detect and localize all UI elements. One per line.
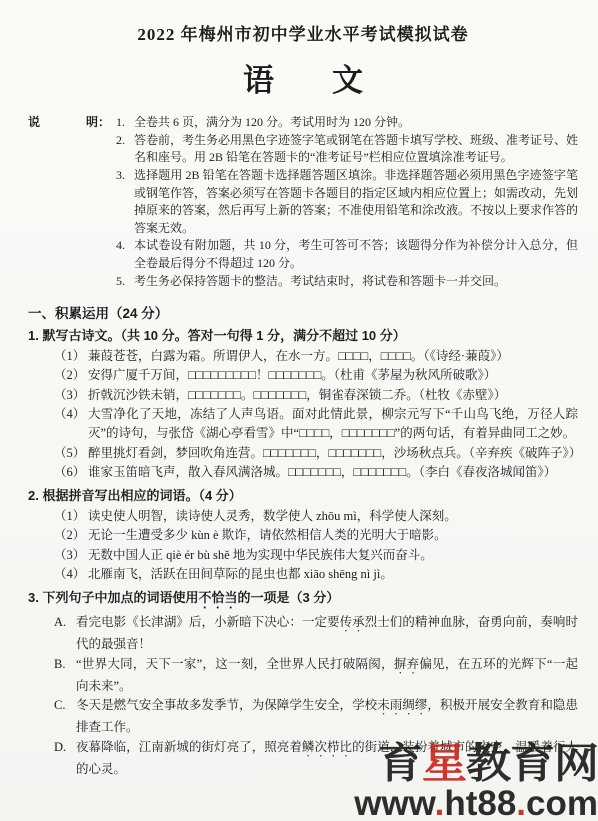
option-text: 冬天是燃气安全事故多发季节，为保障学生安全，学校未雨绸缪，积极开展安全教育和隐患… xyxy=(76,696,578,737)
note-item: 3. 选择题用 2B 铅笔在答题卡选择题答题区填涂。非选择题答题必须用黑色字迹签… xyxy=(116,167,578,238)
pinyin-item: （3） 无数中国人正 qiè ér bù shě 地为实现中华民族伟大复兴而奋斗… xyxy=(28,546,578,565)
option-text: “世界大同，天下一家”，这一刻，全世界人民打破隔阂，摒弃偏见，在五环的光辉下“一… xyxy=(76,655,578,696)
option-label: B. xyxy=(54,655,76,696)
note-text: 答卷前，考生务必用黑色字迹签字笔或钢笔在答题卡填写学校、班级、准考证号、姓名和座… xyxy=(134,132,578,167)
recite-item: （1） 蒹葭苍苍，白露为霜。所谓伊人，在水一方。□□□□，□□□□。（《诗经·蒹… xyxy=(28,347,578,366)
item-number: （5） xyxy=(54,444,88,463)
item-text: 北雁南飞，活跃在田间草际的昆虫也都 xiāo shēng nì jì。 xyxy=(88,565,578,584)
note-text: 选择题用 2B 铅笔在答题卡选择题答题区填涂。非选择题答题必须用黑色字迹签字笔或… xyxy=(134,167,578,238)
note-number: 4. xyxy=(116,237,134,272)
recite-item: （2） 安得广厦千万间，□□□□□□□□□！□□□□□□□。（杜甫《茅屋为秋风所… xyxy=(28,366,578,385)
item-text: 折戟沉沙铁未销，□□□□□□□。□□□□□□□，铜雀春深锁二乔。（杜牧《赤壁》） xyxy=(88,386,578,405)
question-1-items: （1） 蒹葭苍苍，白露为霜。所谓伊人，在水一方。□□□□，□□□□。（《诗经·蒹… xyxy=(28,347,578,483)
item-number: （6） xyxy=(54,463,88,482)
notes-label-first: 说 xyxy=(28,114,40,290)
item-number: （2） xyxy=(54,366,88,385)
option-row: A. 看完电影《长津湖》后，小新暗下决心：一定要传承烈士们的精神血脉，奋勇向前，… xyxy=(28,613,578,654)
question-1-stem: 1. 默写古诗文。（共 10 分。答对一句得 1 分，满分不超过 10 分） xyxy=(28,326,578,346)
question-2-items: （1） 读史使人明智，读诗使人灵秀，数学使人 zhōu mì，科学使人深刻。 （… xyxy=(28,507,578,585)
note-item: 4. 本试卷设有附加题，共 10 分，考生可答可不答；该题得分作为补偿分计入总分… xyxy=(116,237,578,272)
item-text: 无数中国人正 qiè ér bù shě 地为实现中华民族伟大复兴而奋斗。 xyxy=(88,546,578,565)
subject-char-second: 文 xyxy=(332,55,363,100)
item-text: 读史使人明智，读诗使人灵秀，数学使人 zhōu mì，科学使人深刻。 xyxy=(88,507,578,526)
recite-item: （6） 谁家玉笛暗飞声，散入春风满洛城。□□□□□□□，□□□□□□□。（李白《… xyxy=(28,463,578,482)
pinyin-item: （2） 无论一生遭受多少 kùn è 欺诈，请依然相信人类的光明大于暗影。 xyxy=(28,526,578,545)
note-text: 本试卷设有附加题，共 10 分，考生可答可不答；该题得分作为补偿分计入总分，但全… xyxy=(134,237,578,272)
note-number: 2. xyxy=(116,132,134,167)
option-label: D. xyxy=(54,738,76,779)
item-number: （3） xyxy=(54,546,88,565)
note-item: 2. 答卷前，考生务必用黑色字迹签字笔或钢笔在答题卡填写学校、班级、准考证号、姓… xyxy=(116,132,578,167)
exam-paper-page: 2022 年梅州市初中学业水平考试模拟试卷 语 文 说 明： 1. 全卷共 6 … xyxy=(0,0,598,821)
item-number: （2） xyxy=(54,526,88,545)
option-row: D. 夜幕降临，江南新城的街灯亮了，照亮着鳞次栉比的街道，装扮着城市的夜空，温暖… xyxy=(28,738,578,779)
recite-item: （3） 折戟沉沙铁未销，□□□□□□□。□□□□□□□，铜雀春深锁二乔。（杜牧《… xyxy=(28,386,578,405)
item-text: 安得广厦千万间，□□□□□□□□□！□□□□□□□。（杜甫《茅屋为秋风所破歌》） xyxy=(88,366,578,385)
notes-label-second: 明： xyxy=(86,114,110,290)
pinyin-item: （1） 读史使人明智，读诗使人灵秀，数学使人 zhōu mì，科学使人深刻。 xyxy=(28,507,578,526)
watermark-site-url: www.ht88.com xyxy=(354,786,598,821)
item-text: 蒹葭苍苍，白露为霜。所谓伊人，在水一方。□□□□，□□□□。（《诗经·蒹葭》） xyxy=(88,347,578,366)
note-number: 5. xyxy=(116,273,134,291)
note-item: 1. 全卷共 6 页，满分为 120 分。考试用时为 120 分钟。 xyxy=(116,114,578,132)
item-text: 无论一生遭受多少 kùn è 欺诈，请依然相信人类的光明大于暗影。 xyxy=(88,526,578,545)
question-2: 2. 根据拼音写出相应的词语。（4 分） （1） 读史使人明智，读诗使人灵秀，数… xyxy=(28,486,578,584)
question-1: 1. 默写古诗文。（共 10 分。答对一句得 1 分，满分不超过 10 分） （… xyxy=(28,326,578,482)
section-heading: 一、积累运用（24 分） xyxy=(28,302,578,322)
question-3-stem: 3. 下列句子中加点的词语使用不恰当的一项是（3 分） xyxy=(28,588,578,612)
page-title: 2022 年梅州市初中学业水平考试模拟试卷 xyxy=(28,20,578,45)
note-text: 全卷共 6 页，满分为 120 分。考试用时为 120 分钟。 xyxy=(134,114,578,132)
note-number: 1. xyxy=(116,114,134,132)
option-row: C. 冬天是燃气安全事故多发季节，为保障学生安全，学校未雨绸缪，积极开展安全教育… xyxy=(28,696,578,737)
subject-title: 语 文 xyxy=(28,55,578,100)
subject-char-first: 语 xyxy=(243,55,274,100)
note-item: 5. 考生务必保持答题卡的整洁。考试结束时，将试卷和答题卡一并交回。 xyxy=(116,273,578,291)
item-number: （1） xyxy=(54,347,88,366)
item-text: 大雪净化了天地，冻结了人声鸟语。面对此情此景，柳宗元写下“千山鸟飞绝，万径人踪灭… xyxy=(88,405,578,444)
item-text: 醉里挑灯看剑，梦回吹角连营。□□□□□□□，□□□□□□□，沙场秋点兵。（辛弃疾… xyxy=(88,444,578,463)
note-text: 考生务必保持答题卡的整洁。考试结束时，将试卷和答题卡一并交回。 xyxy=(134,273,578,291)
option-text: 看完电影《长津湖》后，小新暗下决心：一定要传承烈士们的精神血脉，奋勇向前，奏响时… xyxy=(76,613,578,654)
note-number: 3. xyxy=(116,167,134,238)
item-number: （1） xyxy=(54,507,88,526)
option-label: C. xyxy=(54,696,76,737)
item-number: （4） xyxy=(54,405,88,444)
notes-list: 1. 全卷共 6 页，满分为 120 分。考试用时为 120 分钟。 2. 答卷… xyxy=(116,114,578,290)
item-number: （4） xyxy=(54,565,88,584)
exam-notes: 说 明： 1. 全卷共 6 页，满分为 120 分。考试用时为 120 分钟。 … xyxy=(28,114,578,290)
question-2-stem: 2. 根据拼音写出相应的词语。（4 分） xyxy=(28,486,578,506)
notes-label: 说 明： xyxy=(28,114,116,290)
item-text: 谁家玉笛暗飞声，散入春风满洛城。□□□□□□□，□□□□□□□。（李白《春夜洛城… xyxy=(88,463,578,482)
pinyin-item: （4） 北雁南飞，活跃在田间草际的昆虫也都 xiāo shēng nì jì。 xyxy=(28,565,578,584)
option-row: B. “世界大同，天下一家”，这一刻，全世界人民打破隔阂，摒弃偏见，在五环的光辉… xyxy=(28,655,578,696)
option-text: 夜幕降临，江南新城的街灯亮了，照亮着鳞次栉比的街道，装扮着城市的夜空，温暖着行人… xyxy=(76,738,578,779)
item-number: （3） xyxy=(54,386,88,405)
question-3-options: A. 看完电影《长津湖》后，小新暗下决心：一定要传承烈士们的精神血脉，奋勇向前，… xyxy=(28,613,578,779)
recite-item: （5） 醉里挑灯看剑，梦回吹角连营。□□□□□□□，□□□□□□□，沙场秋点兵。… xyxy=(28,444,578,463)
question-3: 3. 下列句子中加点的词语使用不恰当的一项是（3 分） A. 看完电影《长津湖》… xyxy=(28,588,578,779)
recite-item: （4） 大雪净化了天地，冻结了人声鸟语。面对此情此景，柳宗元写下“千山鸟飞绝，万… xyxy=(28,405,578,444)
option-label: A. xyxy=(54,613,76,654)
